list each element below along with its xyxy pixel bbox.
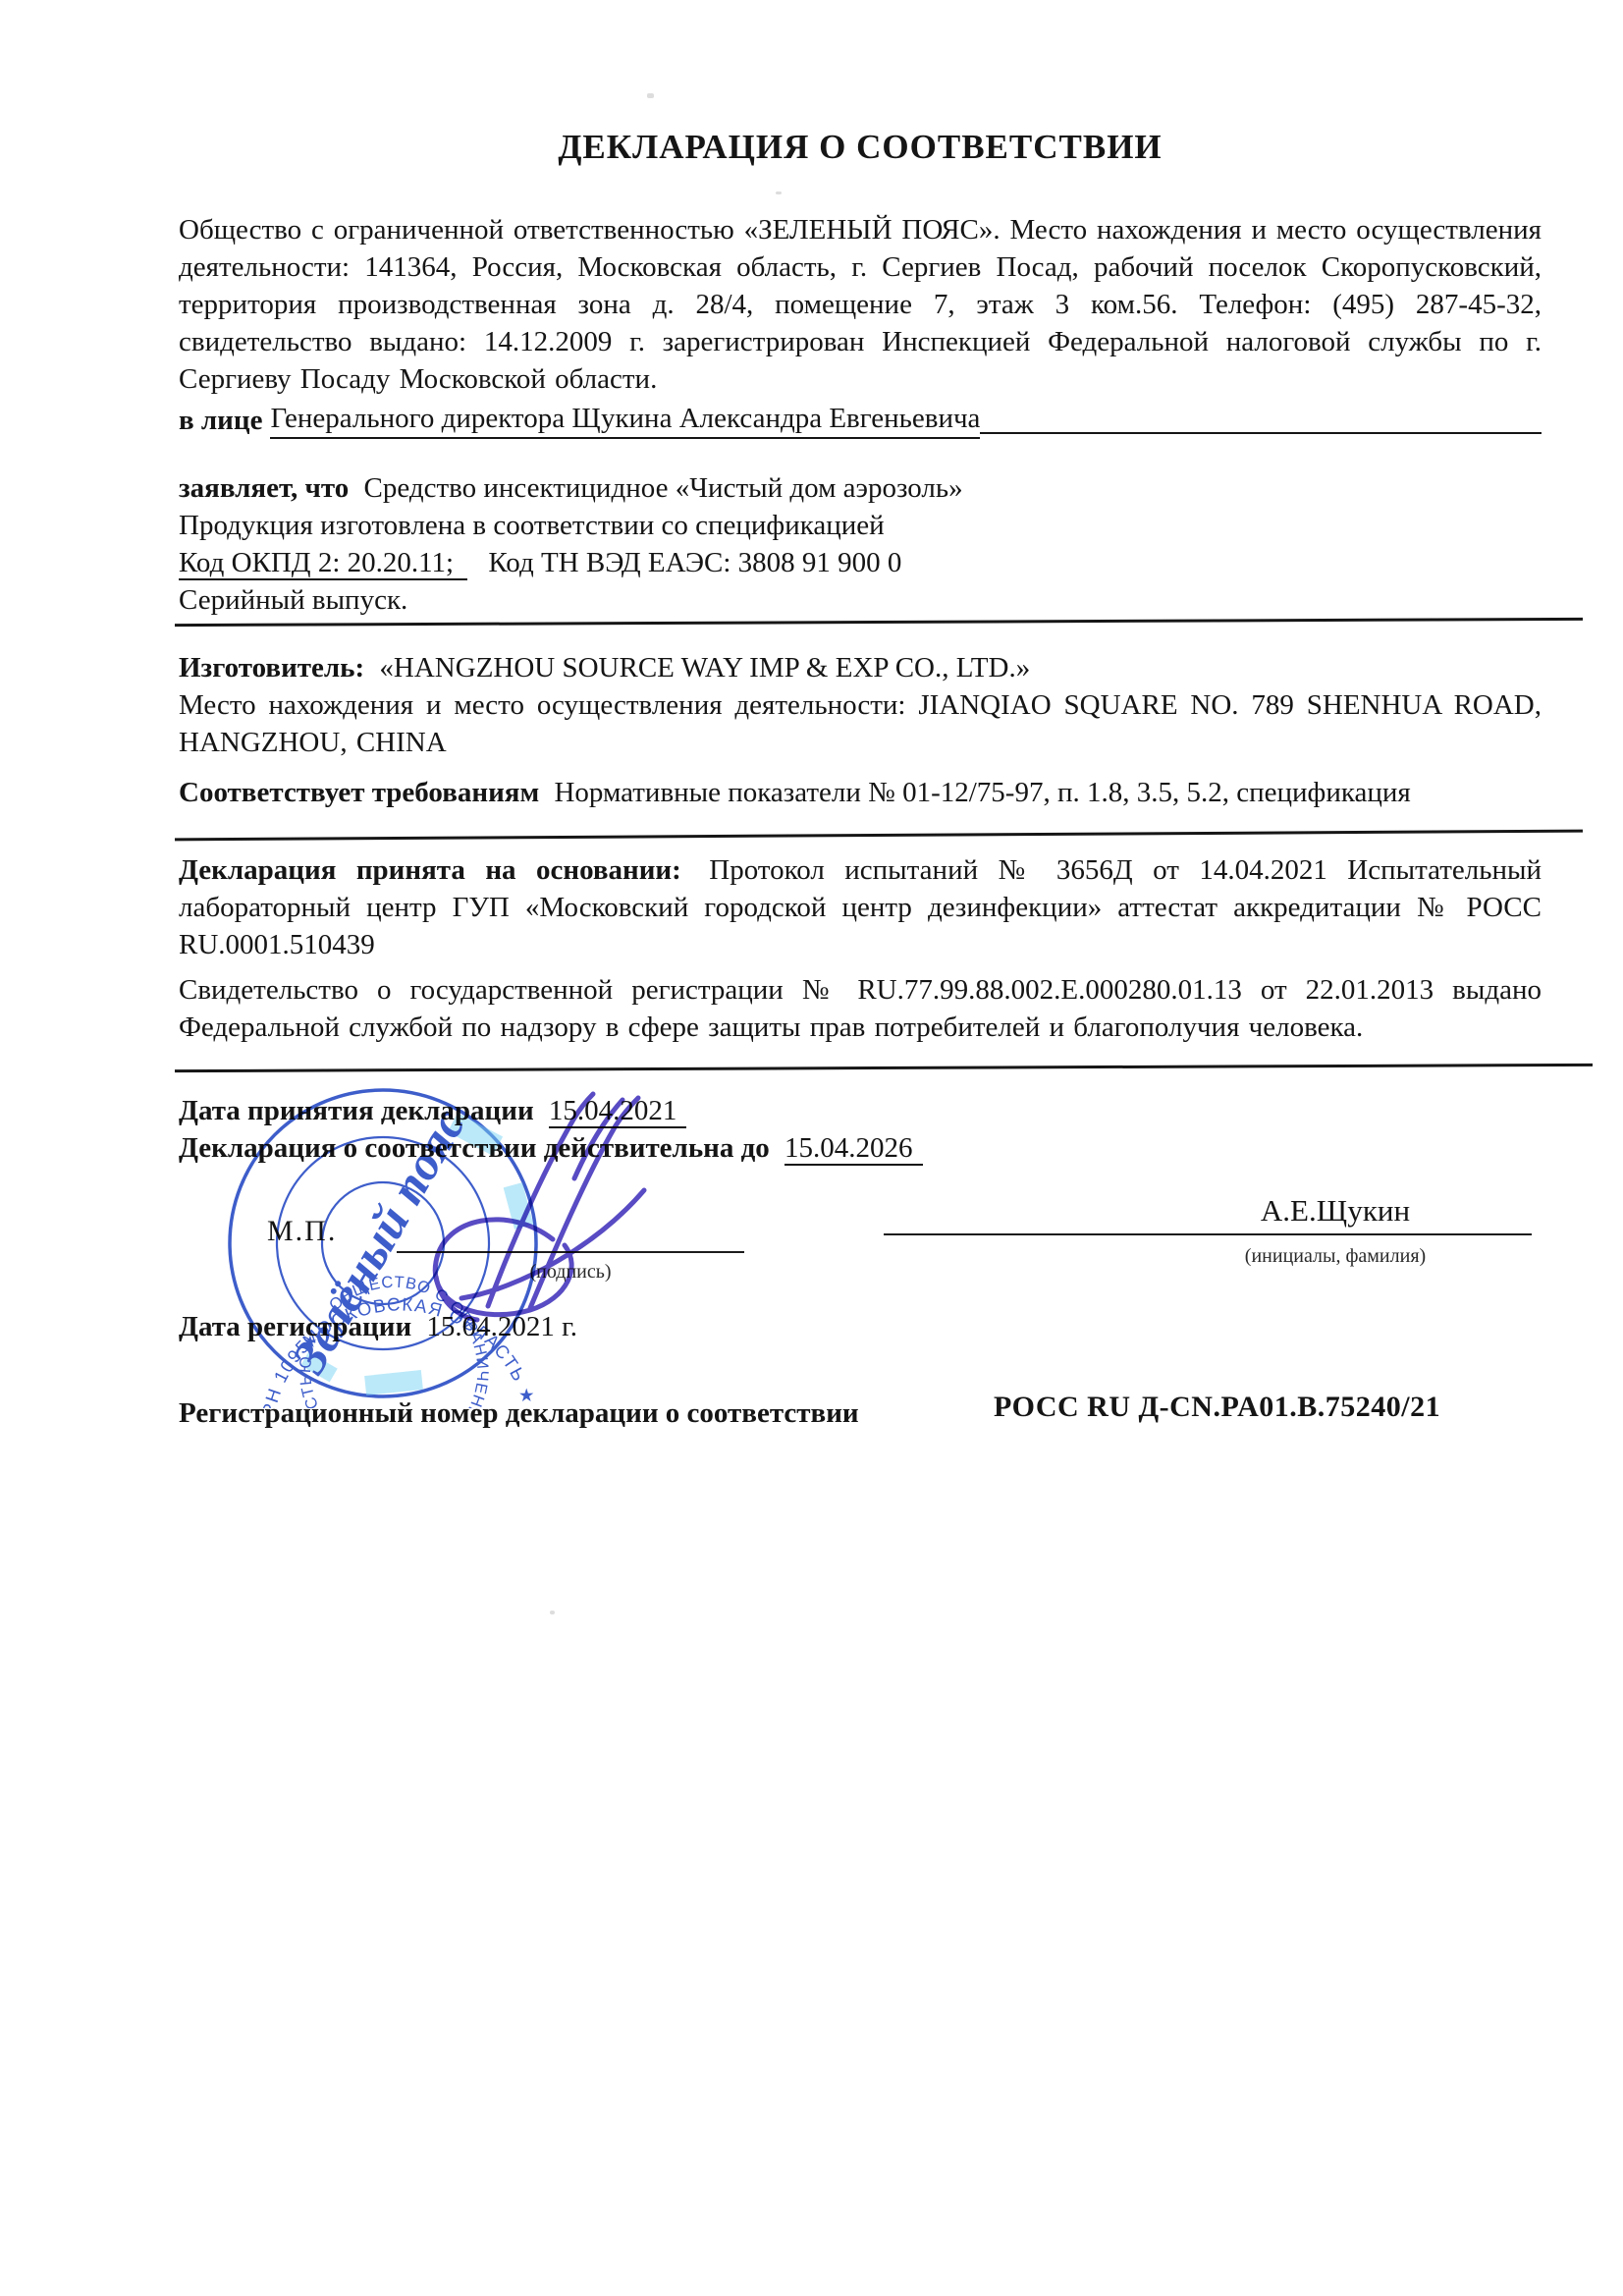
scan-speck xyxy=(776,191,782,194)
in-person-label: в лице xyxy=(179,402,262,439)
conforms-line: Соответствует требованиям Нормативные по… xyxy=(179,774,1542,811)
document-title: ДЕКЛАРАЦИЯ О СООТВЕТСТВИИ xyxy=(179,128,1542,167)
in-person-row: в лице Генерального директора Щукина Але… xyxy=(179,400,1542,439)
scan-speck xyxy=(647,93,654,98)
signatory-name: А.Е.Щукин xyxy=(1119,1193,1551,1229)
code-okpd: Код ОКПД 2: 20.20.11; xyxy=(179,547,467,580)
section-divider xyxy=(175,618,1583,627)
manufacturer-label: Изготовитель: xyxy=(179,652,364,683)
manufacturer-name: «HANGZHOU SOURCE WAY IMP & EXP CO., LTD.… xyxy=(379,652,1030,683)
declares-product: Средство инсектицидное «Чистый дом аэроз… xyxy=(364,472,963,504)
serial-line: Серийный выпуск. xyxy=(179,581,1542,619)
manufacturer-section: Изготовитель: «HANGZHOU SOURCE WAY IMP &… xyxy=(179,649,1542,811)
section-divider xyxy=(175,1064,1593,1072)
section-divider xyxy=(175,830,1583,842)
basis-certificate: Свидетельство о государственной регистра… xyxy=(179,971,1542,1046)
scan-speck xyxy=(550,1611,555,1614)
code-tnved: Код ТН ВЭД ЕАЭС: 3808 91 900 0 xyxy=(488,547,901,578)
company-round-stamp: МОСКОВСКАЯ ОБЛАСТЬ ★ г. СЕРГИЕВ ПОСАД ★ … xyxy=(218,1078,548,1408)
conforms-value: Нормативные показатели № 01-12/75-97, п.… xyxy=(554,777,1410,808)
adoption-date-value: 15.04.2021 xyxy=(549,1095,687,1128)
reg-number-value: РОСС RU Д-CN.PA01.B.75240/21 xyxy=(994,1391,1440,1424)
declares-spec-line: Продукция изготовлена в соответствии со … xyxy=(179,507,1542,544)
declarant-section: Общество с ограниченной ответственностью… xyxy=(179,211,1542,439)
name-ruled-line xyxy=(884,1233,1532,1235)
name-caption: (инициалы, фамилия) xyxy=(1119,1245,1551,1268)
manufacturer-line: Изготовитель: «HANGZHOU SOURCE WAY IMP &… xyxy=(179,649,1542,686)
manufacturer-address: Место нахождения и место осуществления д… xyxy=(179,686,1542,761)
conforms-label: Соответствует требованиям xyxy=(179,777,539,808)
stamp-center-text: Зелёный пояс xyxy=(280,1099,475,1383)
basis-paragraph: Декларация принята на основании: Протоко… xyxy=(179,851,1542,963)
valid-until-value: 15.04.2026 xyxy=(784,1132,923,1166)
in-person-ruled-line xyxy=(980,432,1542,434)
declarant-paragraph: Общество с ограниченной ответственностью… xyxy=(179,211,1542,398)
declares-product-line: заявляет, что Средство инсектицидное «Чи… xyxy=(179,469,1542,507)
basis-section: Декларация принята на основании: Протоко… xyxy=(179,851,1542,1046)
declares-codes-line: Код ОКПД 2: 20.20.11; Код ТН ВЭД ЕАЭС: 3… xyxy=(179,544,1542,581)
document-page: ДЕКЛАРАЦИЯ О СООТВЕТСТВИИ Общество с огр… xyxy=(0,0,1623,2296)
basis-label: Декларация принята на основании: xyxy=(179,854,681,886)
declares-label: заявляет, что xyxy=(179,472,349,504)
declares-section: заявляет, что Средство инсектицидное «Чи… xyxy=(179,469,1542,619)
in-person-value: Генерального директора Щукина Александра… xyxy=(270,400,980,439)
